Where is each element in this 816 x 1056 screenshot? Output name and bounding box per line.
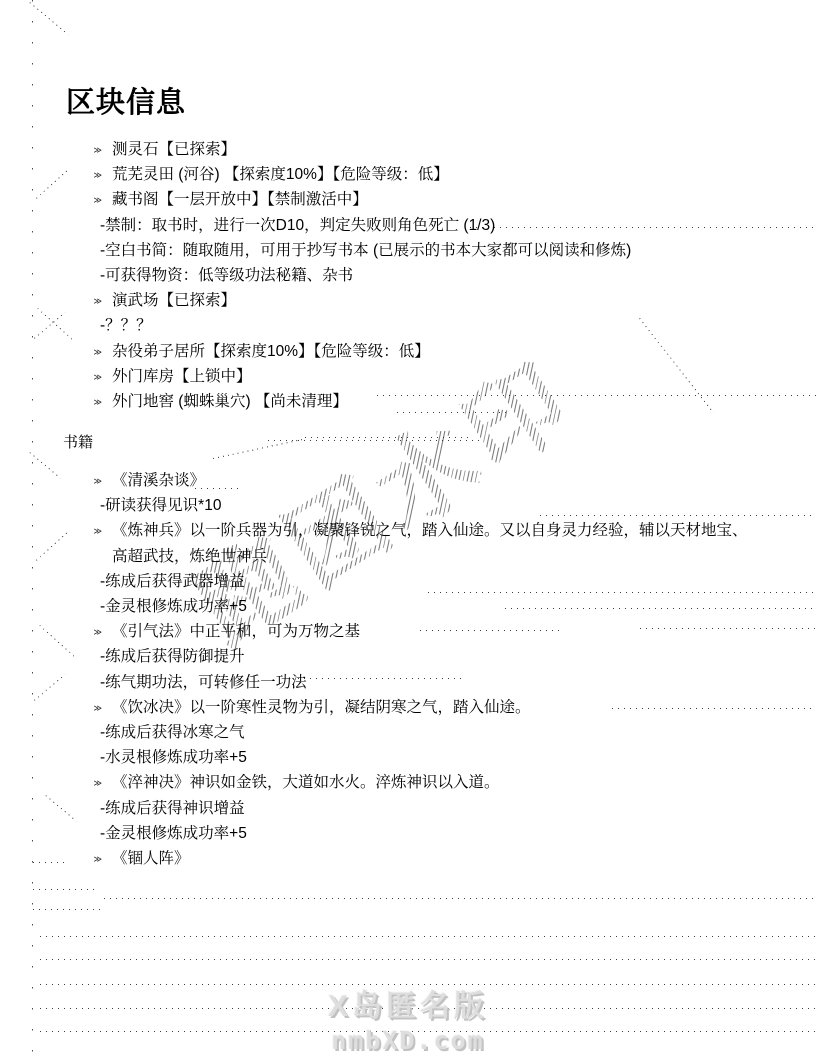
list-item: ≫《清溪杂谈》: [0, 468, 757, 493]
list-item: ≫《饮冰决》以一阶寒性灵物为引，凝结阴寒之气，踏入仙途。: [0, 695, 757, 720]
block-info-list: ≫测灵石【已探索】≫荒芜灵田 (河谷) 【探索度10%】【危险等级：低】≫藏书阁…: [0, 137, 760, 414]
bullet-icon: ≫: [93, 163, 101, 188]
list-item: ≫荒芜灵田 (河谷) 【探索度10%】【危险等级：低】: [0, 162, 760, 187]
bullet-icon: ≫: [93, 365, 101, 390]
list-subitem-text: -练成后获得神识增益: [0, 796, 757, 821]
list-item-text: 藏书阁【一层开放中】【禁制激活中】: [112, 191, 368, 208]
list-item: ≫演武场【已探索】: [0, 288, 760, 313]
list-item-text: 《锢人阵》: [112, 850, 190, 867]
list-subitem-text: -练成后获得防御提升: [0, 644, 757, 669]
list-subitem-text: -研读获得见识*10: [0, 493, 757, 518]
bullet-icon: ≫: [93, 138, 101, 163]
dotted-line: [104, 898, 816, 899]
list-subitem-text: -可获得物资：低等级功法秘籍、杂书: [0, 263, 760, 288]
books-section-label: 书籍: [63, 431, 93, 452]
bullet-icon: ≫: [93, 390, 101, 415]
list-subitem-text: -练成后获得冰寒之气: [0, 720, 757, 745]
bullet-icon: ≫: [93, 289, 101, 314]
list-subitem-text: -空白书简：随取随用，可用于抄写书本 (已展示的书本大家都可以阅读和修炼): [0, 238, 760, 263]
list-item-text: 《饮冰决》以一阶寒性灵物为引，凝结阴寒之气，踏入仙途。: [112, 699, 531, 716]
site-watermark-url: nmbXD.com: [0, 1026, 816, 1055]
list-subitem-text: -金灵根修炼成功率+5: [0, 594, 757, 619]
list-item: ≫藏书阁【一层开放中】【禁制激活中】: [0, 187, 760, 212]
list-subitem-text: -水灵根修炼成功率+5: [0, 745, 757, 770]
dotted-line: [33, 909, 101, 910]
bullet-icon: ≫: [93, 620, 101, 645]
bullet-icon: ≫: [93, 847, 101, 872]
bullet-icon: ≫: [93, 188, 101, 213]
bullet-icon: ≫: [93, 340, 101, 365]
page-title: 区块信息: [66, 80, 186, 121]
list-item-text: 荒芜灵田 (河谷) 【探索度10%】【危险等级：低】: [112, 166, 449, 183]
list-item-text: 演武场【已探索】: [112, 292, 236, 309]
list-item-text: 外门库房【上锁中】: [112, 368, 252, 385]
dotted-line: [40, 959, 816, 960]
dotted-line: [40, 936, 816, 937]
list-subitem-text: -金灵根修炼成功率+5: [0, 821, 757, 846]
books-list: ≫《清溪杂谈》-研读获得见识*10≫《炼神兵》以一阶兵器为引，凝聚锋锐之气，踏入…: [0, 468, 757, 871]
list-item: ≫杂役弟子居所【探索度10%】【危险等级：低】: [0, 339, 760, 364]
bullet-icon: ≫: [93, 696, 101, 721]
site-watermark-name: X岛匿名版: [0, 981, 816, 1025]
list-item-text: 测灵石【已探索】: [112, 141, 236, 158]
list-item: ≫《淬神决》神识如金铁，大道如水火。淬炼神识以入道。: [0, 770, 757, 795]
list-item-text: 外门地窖 (蜘蛛巢穴) 【尚未清理】: [112, 393, 348, 410]
list-subitem-text: -练成后获得武器增益: [0, 569, 757, 594]
list-item: ≫《锢人阵》: [0, 846, 757, 871]
list-item: ≫外门库房【上锁中】: [0, 364, 760, 389]
site-watermark: X岛匿名版 nmbXD.com: [0, 981, 816, 1055]
list-item-text: 《引气法》中正平和，可为万物之基: [112, 623, 360, 640]
list-item-text: 《淬神决》神识如金铁，大道如水火。淬炼神识以入道。: [112, 774, 500, 791]
document-page: 跑团水印 区块信息 ≫测灵石【已探索】≫荒芜灵田 (河谷) 【探索度10%】【危…: [0, 0, 816, 1056]
dotted-line: [33, 889, 95, 890]
list-subitem-text: -？？？: [0, 313, 760, 338]
dotted-line: [29, 2, 68, 35]
bullet-icon: ≫: [93, 519, 101, 544]
list-item: ≫测灵石【已探索】: [0, 137, 760, 162]
list-item: ≫《炼神兵》以一阶兵器为引，凝聚锋锐之气，踏入仙途。又以自身灵力经验，辅以天材地…: [0, 518, 757, 568]
list-item: ≫外门地窖 (蜘蛛巢穴) 【尚未清理】: [0, 389, 760, 414]
dotted-line: [213, 438, 306, 459]
bullet-icon: ≫: [93, 771, 101, 796]
list-item-text: 杂役弟子居所【探索度10%】【危险等级：低】: [112, 343, 430, 360]
list-item-text: 《清溪杂谈》: [112, 472, 205, 489]
list-subitem-text: -禁制：取书时，进行一次D10，判定失败则角色死亡 (1/3): [0, 213, 760, 238]
list-item-text: 《炼神兵》以一阶兵器为引，凝聚锋锐之气，踏入仙途。又以自身灵力经验，辅以天材地宝…: [112, 522, 748, 564]
bullet-icon: ≫: [93, 469, 101, 494]
list-subitem-text: -练气期功法，可转修任一功法: [0, 670, 757, 695]
list-item: ≫《引气法》中正平和，可为万物之基: [0, 619, 757, 644]
